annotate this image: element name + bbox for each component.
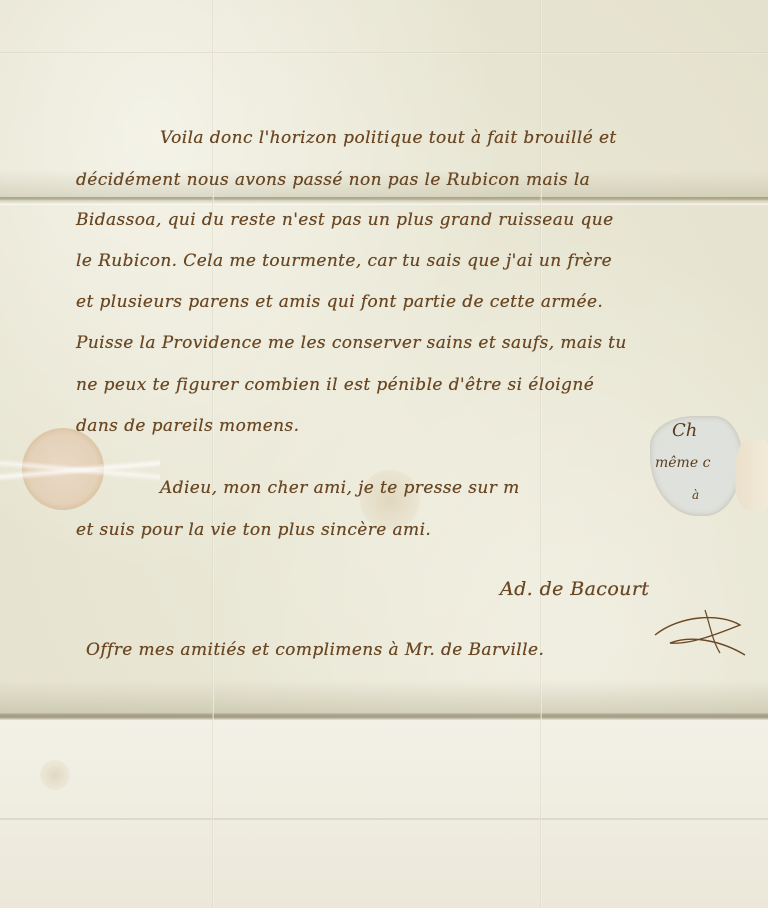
horizontal-fold-middle	[0, 197, 768, 205]
closing-line: Adieu, mon cher ami, je te presse sur m	[160, 478, 520, 498]
signature: Ad. de Bacourt	[500, 578, 649, 600]
closing-line: et suis pour la vie ton plus sincère ami…	[76, 520, 431, 540]
letter-line: et plusieurs parens et amis qui font par…	[76, 292, 603, 312]
letter-line: dans de pareils momens.	[76, 416, 299, 436]
torn-flap	[735, 440, 768, 510]
letter-line: le Rubicon. Cela me tourmente, car tu sa…	[76, 251, 612, 271]
letter-sheet: Ch même c à Voila donc l'horizon politiq…	[0, 0, 768, 908]
letter-line: Bidassoa, qui du reste n'est pas un plus…	[76, 210, 614, 230]
torn-fragment-text: même c	[655, 455, 710, 471]
signature-flourish-icon	[650, 605, 750, 660]
wax-seal-stain	[22, 428, 104, 510]
fold-shadow	[0, 680, 768, 716]
letter-line: ne peux te figurer combien il est pénibl…	[76, 375, 594, 395]
letter-line: décidément nous avons passé non pas le R…	[76, 170, 590, 190]
paper-stain	[40, 760, 70, 790]
lower-fold-panel	[0, 720, 768, 908]
torn-fragment-text: à	[692, 488, 699, 502]
postscript: Offre mes amitiés et complimens à Mr. de…	[86, 640, 544, 660]
torn-fragment-text: Ch	[672, 420, 697, 441]
letter-line: Voila donc l'horizon politique tout à fa…	[160, 128, 617, 148]
horizontal-fold-top	[0, 52, 768, 54]
letter-line: Puisse la Providence me les conserver sa…	[76, 333, 627, 353]
